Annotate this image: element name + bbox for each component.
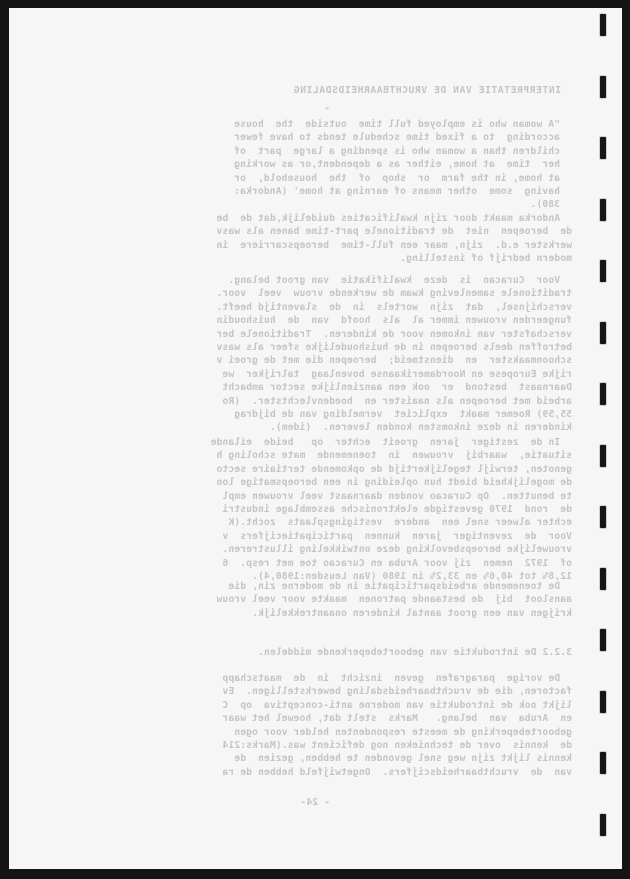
header-separator: - [324, 102, 330, 115]
page-number: - 24- [300, 796, 330, 809]
block-quote: "A woman who is employed full time outsi… [234, 118, 560, 212]
paragraph-1: Andorka maakt door zijn kwalificaties du… [216, 212, 572, 266]
running-header: INTERPRETATIE VAN DE VRUCHTBAARHEIDSDALI… [293, 84, 561, 97]
bleed-through-text-layer: INTERPRETATIE VAN DE VRUCHTBAARHEIDSDALI… [0, 0, 630, 879]
section-heading: 3.2.2 De introduktie van geboortebeperke… [258, 646, 572, 659]
paragraph-3: In de zestiger jaren groeit echter op be… [211, 436, 572, 583]
paragraph-5: De vorige paragrafen geven inzicht in de… [222, 672, 572, 779]
paragraph-2: Voor Curacao is deze kwalifikatie van gr… [216, 274, 572, 435]
paragraph-4: De toenemende arbeidsparticipatie in de … [216, 580, 572, 620]
